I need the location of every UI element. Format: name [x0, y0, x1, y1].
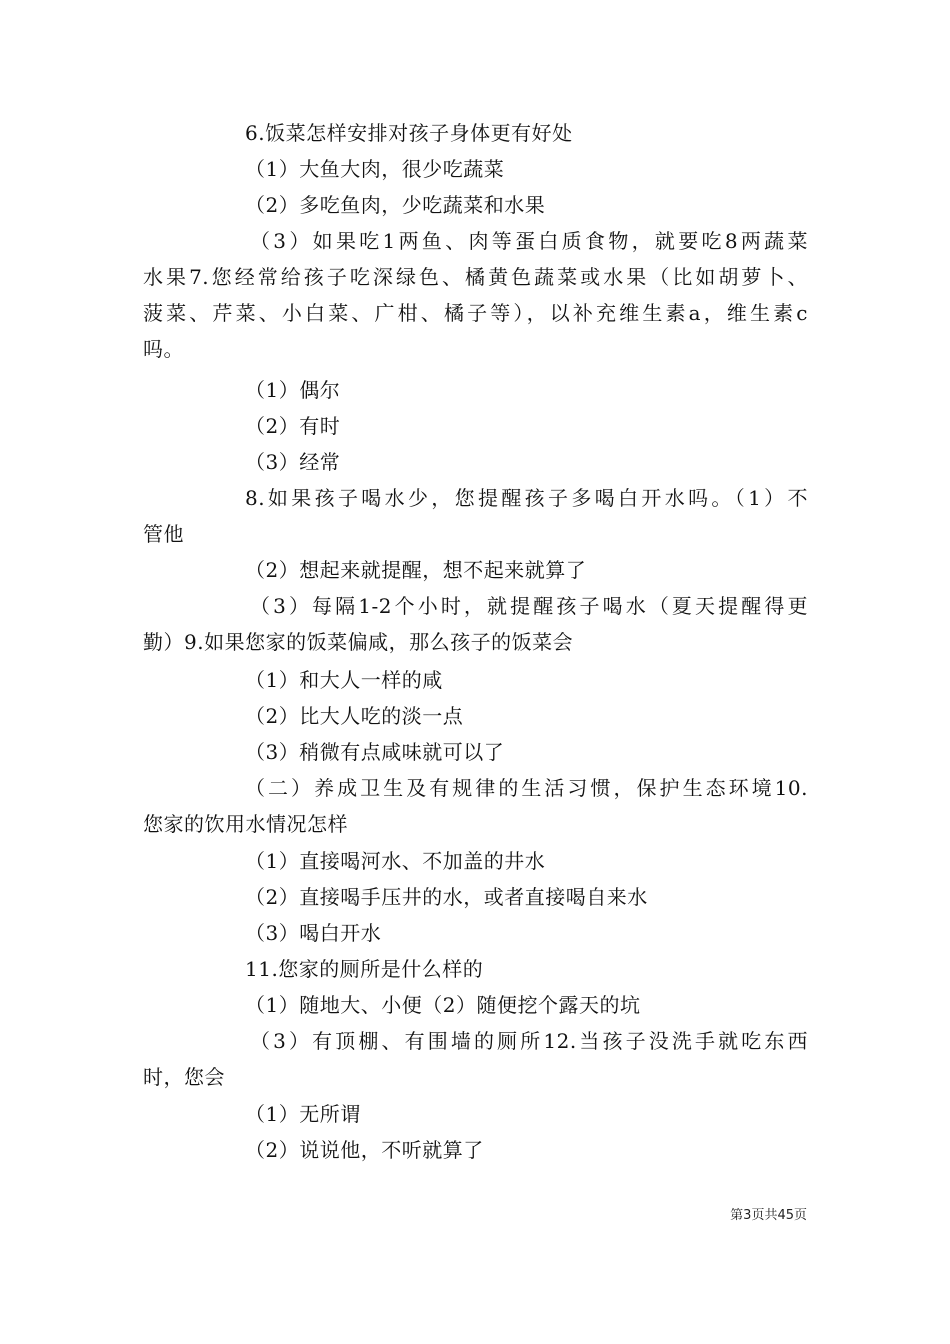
text-line: （1）无所谓: [245, 1102, 361, 1126]
document-page: 6.饭菜怎样安排对孩子身体更有好处（1）大鱼大肉，很少吃蔬菜（2）多吃鱼肉，少吃…: [0, 0, 950, 1344]
text-line: （2）比大人吃的淡一点: [245, 704, 463, 728]
text-line: （1）和大人一样的咸: [245, 668, 443, 692]
text-line: （二）养成卫生及有规律的生活习惯，保护生态环境10.: [245, 776, 808, 800]
text-line: （2）多吃鱼肉，少吃蔬菜和水果: [245, 193, 545, 217]
text-line: （2）说说他，不听就算了: [245, 1138, 484, 1162]
text-line: （3）有顶棚、有围墙的厕所12.当孩子没洗手就吃东西: [250, 1029, 808, 1053]
text-line: 吗。: [143, 337, 184, 361]
text-line: （2）直接喝手压井的水，或者直接喝自来水: [245, 885, 648, 909]
text-line: 管他: [143, 522, 184, 546]
text-line: 您家的饮用水情况怎样: [143, 812, 348, 836]
text-line: （3）每隔1-2个小时，就提醒孩子喝水（夏天提醒得更: [250, 594, 808, 618]
text-line: （1）大鱼大肉，很少吃蔬菜: [245, 157, 504, 181]
text-line: （3）喝白开水: [245, 921, 381, 945]
text-line: （3）经常: [245, 450, 340, 474]
text-line: （1）直接喝河水、不加盖的井水: [245, 849, 545, 873]
text-line: 水果7.您经常给孩子吃深绿色、橘黄色蔬菜或水果（比如胡萝卜、: [143, 265, 808, 289]
text-line: （3）稍微有点咸味就可以了: [245, 740, 504, 764]
text-line: （3）如果吃1两鱼、肉等蛋白质食物，就要吃8两蔬菜: [250, 229, 808, 253]
text-line: 勤）9.如果您家的饭菜偏咸，那么孩子的饭菜会: [143, 630, 573, 654]
text-line: 菠菜、芹菜、小白菜、广柑、橘子等），以补充维生素a，维生素c: [143, 301, 808, 325]
text-line: 时，您会: [143, 1065, 225, 1089]
page-number-footer: 第3页共45页: [730, 1204, 807, 1223]
text-line: （2）有时: [245, 414, 340, 438]
text-line: 11.您家的厕所是什么样的: [245, 957, 483, 981]
text-line: （2）想起来就提醒，想不起来就算了: [245, 558, 586, 582]
text-line: （1）偶尔: [245, 378, 340, 402]
text-line: 6.饭菜怎样安排对孩子身体更有好处: [245, 121, 573, 145]
text-line: （1）随地大、小便（2）随便挖个露天的坑: [245, 993, 640, 1017]
text-line: 8.如果孩子喝水少，您提醒孩子多喝白开水吗。（1）不: [245, 486, 808, 510]
